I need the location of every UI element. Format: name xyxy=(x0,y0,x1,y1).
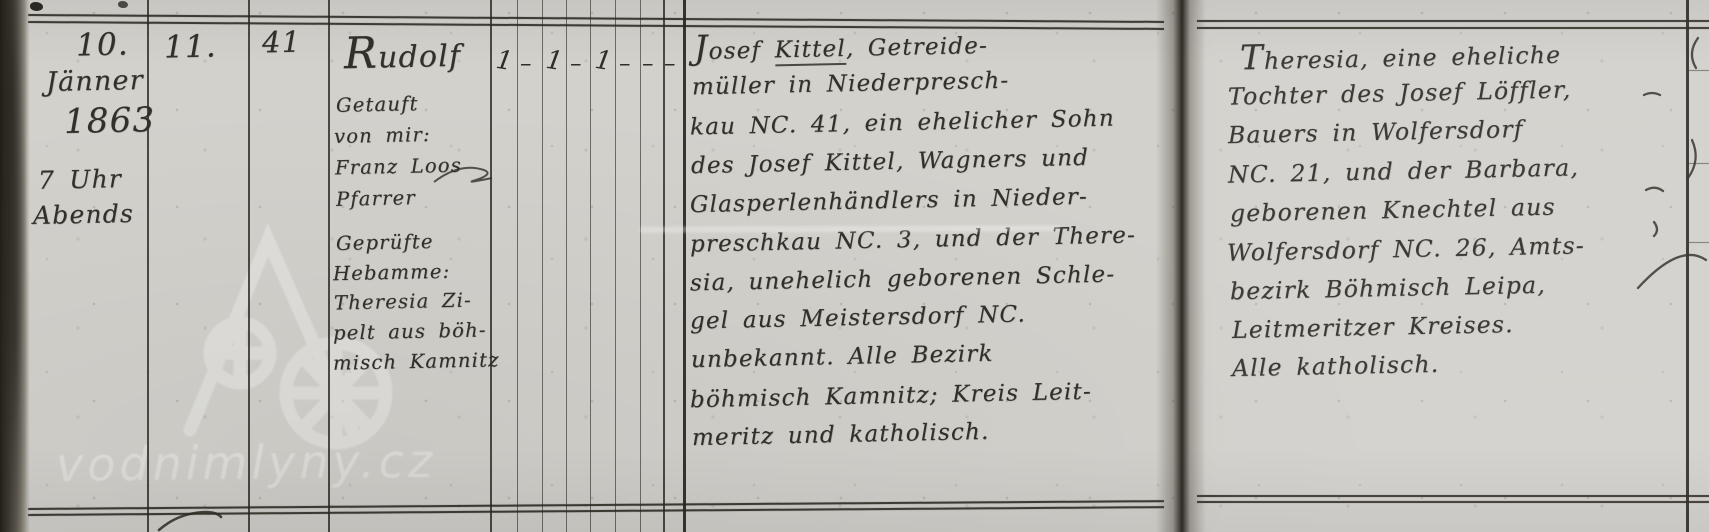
watermark-text: vodnimlyny.cz xyxy=(56,434,437,492)
baptism-note-line: Pfarrer xyxy=(336,187,416,210)
column-rule xyxy=(683,0,686,532)
baptism-note-line: Getauft xyxy=(336,93,419,116)
column-rule xyxy=(542,0,543,532)
father-entry-line: böhmisch Kamnitz; Kreis Leit- xyxy=(690,380,1092,414)
birth-time-suffix: Abends xyxy=(33,200,135,230)
midwife-name-line: pelt aus böh- xyxy=(333,319,487,344)
mother-entry-line: Wolfersdorf NC. 26, Amts- xyxy=(1227,233,1585,266)
column-rule xyxy=(248,0,250,532)
row-rule xyxy=(1197,501,1709,503)
father-name-pre: Josef xyxy=(694,37,775,65)
column-rule xyxy=(147,0,149,532)
father-entry-line: Glasperlenhändlers in Nieder- xyxy=(690,185,1088,219)
row-rule xyxy=(1688,163,1709,164)
tally-mark: – xyxy=(570,51,582,77)
father-surname: Kittel xyxy=(774,36,846,66)
column-rule xyxy=(566,0,567,532)
column-rule xyxy=(328,0,330,532)
child-name: Rudolf xyxy=(344,35,462,75)
date-year: 1863 xyxy=(64,102,156,141)
tally-mark: – xyxy=(642,51,654,77)
tally-mark: – xyxy=(520,51,532,77)
father-entry-line: unbekannt. Alle Bezirk xyxy=(691,342,994,374)
midwife-place-line: misch Kamnitz xyxy=(333,349,500,374)
ink-mark xyxy=(30,2,43,11)
book-binding-edge xyxy=(0,0,30,532)
father-entry-line: sia, unehelich geborenen Schle- xyxy=(690,263,1116,297)
row-rule xyxy=(1197,27,1709,29)
column-rule xyxy=(590,0,591,532)
row-rule xyxy=(1197,20,1709,22)
father-entry-line: gel aus Meistersdorf NC. xyxy=(690,302,1026,334)
row-rule xyxy=(1197,495,1709,497)
birth-time: 7 Uhr xyxy=(38,165,123,194)
midwife-note-line: Geprüfte xyxy=(336,231,434,254)
midwife-name-line: Theresia Zi- xyxy=(334,290,472,314)
column-rule xyxy=(615,0,616,532)
date-day: 10. xyxy=(76,27,130,62)
mother-entry-line: Leitmeritzer Kreises. xyxy=(1232,312,1514,344)
handwriting-fragment xyxy=(1630,0,1709,532)
mother-entry-line: Bauers in Wolfersdorf xyxy=(1228,117,1524,149)
mother-entry-line: Alle katholisch. xyxy=(1232,352,1440,382)
ink-mark xyxy=(118,1,128,8)
column-rule xyxy=(1686,0,1689,532)
page-gutter xyxy=(1156,0,1206,532)
mother-entry-line: NC. 21, und der Barbara, xyxy=(1228,155,1579,188)
priest-name: Franz Loos xyxy=(335,155,462,179)
mother-entry-line: Theresia, eine eheliche xyxy=(1240,39,1562,76)
tally-mark: 1 xyxy=(593,45,614,77)
father-entry-line: kau NC. 41, ein ehelicher Sohn xyxy=(690,107,1115,141)
father-entry-line: müller in Niederpresch- xyxy=(692,69,1010,101)
column-rule xyxy=(517,0,518,532)
column-rule xyxy=(490,0,492,532)
entry-number: 11. xyxy=(164,29,218,64)
column-rule xyxy=(640,0,641,532)
house-number: 41 xyxy=(262,27,302,60)
row-rule xyxy=(1688,242,1709,243)
tally-mark: 1 xyxy=(544,45,565,77)
tally-mark: – xyxy=(664,51,676,77)
father-entry-line: Josef Kittel, Getreide- xyxy=(694,29,989,65)
baptism-note-line: von mir: xyxy=(334,124,431,147)
mother-entry-line: Tochter des Josef Löffler, xyxy=(1228,77,1572,110)
midwife-note-line: Hebamme: xyxy=(333,261,451,285)
column-rule xyxy=(663,0,665,532)
tally-mark: – xyxy=(619,51,631,77)
parish-register-scan: vodnimlyny.cz 10. Jänner 1863 7 Uhr Aben… xyxy=(0,0,1709,532)
father-entry-line: meritz und katholisch. xyxy=(692,420,990,452)
row-rule xyxy=(1688,70,1709,71)
mother-entry-line: geborenen Knechtel aus xyxy=(1230,195,1556,228)
father-name-post: , Getreide- xyxy=(846,33,989,62)
date-month: Jänner xyxy=(46,66,144,98)
mother-entry-line: bezirk Böhmisch Leipa, xyxy=(1230,273,1546,305)
tally-mark: 1 xyxy=(494,45,515,77)
father-entry-line: des Josef Kittel, Wagners und xyxy=(691,146,1090,180)
